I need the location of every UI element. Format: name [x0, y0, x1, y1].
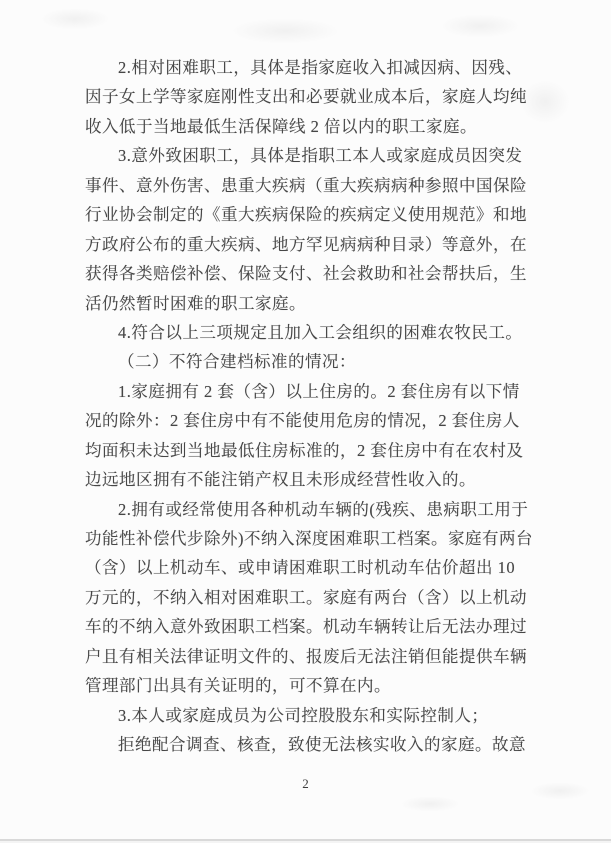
text-line-21: 户且有相关法律证明文件的、报废后无法注销但能提供车辆 [85, 642, 527, 671]
text-line-14: 均面积未达到当地最低住房标准的，2 套住房中有在农村及 [85, 436, 527, 465]
text-line-12: 1.家庭拥有 2 套（含）以上住房的。2 套住房有以下情 [85, 377, 527, 406]
text-line-5: 事件、意外伤害、患重大疾病（重大疾病病种参照中国保险 [85, 171, 527, 200]
text-line-24: 拒绝配合调查、核查，致使无法核实收入的家庭。故意 [85, 730, 527, 759]
text-line-20: 车的不纳入意外致困职工档案。机动车辆转让后无法办理过 [85, 612, 527, 641]
document-body-text: 2.相对困难职工，具体是指家庭收入扣减因病、因残、因子女上学等家庭刚性支出和必要… [85, 53, 527, 760]
text-line-4: 3.意外致困职工，具体是指职工本人或家庭成员因突发 [85, 141, 527, 170]
text-line-19: 万元的，不纳入相对困难职工。家庭有两台（含）以上机动 [85, 583, 527, 612]
scan-smudge [40, 8, 110, 30]
text-line-10: 4.符合以上三项规定且加入工会组织的困难农牧民工。 [85, 318, 527, 347]
text-line-8: 获得各类赔偿补偿、保险支付、社会救助和社会帮扶后，生 [85, 259, 527, 288]
scan-smudge [440, 14, 520, 38]
scan-smudge [230, 18, 340, 44]
scan-smudge [400, 796, 460, 812]
text-line-3: 收入低于当地最低生活保障线 2 倍以内的职工家庭。 [85, 112, 527, 141]
text-line-11: （二）不符合建档标准的情况： [85, 347, 527, 376]
text-line-23: 3.本人或家庭成员为公司控股股东和实际控制人； [85, 701, 527, 730]
text-line-9: 活仍然暂时困难的职工家庭。 [85, 289, 527, 318]
scanned-document-page: 2.相对困难职工，具体是指家庭收入扣减因病、因残、因子女上学等家庭刚性支出和必要… [0, 0, 611, 843]
text-line-15: 边远地区拥有不能注销产权且未形成经营性收入的。 [85, 465, 527, 494]
scan-smudge [520, 80, 570, 124]
text-line-18: （含）以上机动车、或申请困难职工时机动车估价超出 10 [85, 553, 527, 582]
text-line-22: 管理部门出具有关证明的，可不算在内。 [85, 671, 527, 700]
text-line-13: 况的除外：2 套住房中有不能使用危房的情况，2 套住房人 [85, 406, 527, 435]
text-line-1: 2.相对困难职工，具体是指家庭收入扣减因病、因残、 [85, 53, 527, 82]
page-number: 2 [0, 776, 611, 792]
text-line-16: 2.拥有或经常使用各种机动车辆的(残疾、患病职工用于 [85, 495, 527, 524]
text-line-17: 功能性补偿代步除外)不纳入深度困难职工档案。家庭有两台 [85, 524, 527, 553]
text-line-6: 行业协会制定的《重大疾病保险的疾病定义使用规范》和地 [85, 200, 527, 229]
text-line-2: 因子女上学等家庭刚性支出和必要就业成本后，家庭人均纯 [85, 82, 527, 111]
text-line-7: 方政府公布的重大疾病、地方罕见病病种目录）等意外，在 [85, 230, 527, 259]
